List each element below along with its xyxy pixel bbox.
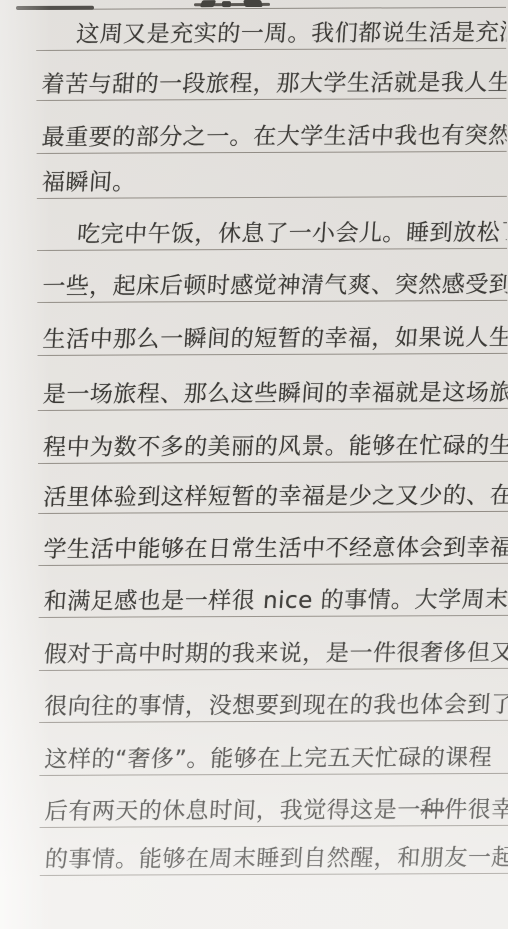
handwritten-text: 福瞬间。 <box>37 172 137 198</box>
handwritten-text: 后有两天的休息时间，我觉得这是一种件很幸福 <box>39 799 508 827</box>
handwritten-line: 这样的“奢侈”。能够在上完五天忙碌的课程 <box>39 721 508 776</box>
handwritten-text: 吃完中午饭，休息了一小会儿。睡到放松了 <box>37 222 507 250</box>
handwritten-text: 是一场旅程、那么这些瞬间的幸福就是这场旅 <box>38 382 508 410</box>
cut-off-ink-fragment <box>222 1 231 7</box>
handwritten-text: 生活中那么一瞬间的短暂的幸福，如果说人生 <box>37 327 507 355</box>
handwritten-line: 学生活中能够在日常生活中不经意体会到幸福感 <box>38 512 508 566</box>
handwritten-line: 生活中那么一瞬间的短暂的幸福，如果说人生 <box>37 301 507 356</box>
handwritten-line: 最重要的部分之一。在大学生活中我也有突然的幸 <box>36 99 506 154</box>
handwriting-lines-layer: 这周又是充实的一周。我们都说生活是充满着苦与甜的一段旅程，那大学生活就是我人生中… <box>0 0 508 929</box>
handwritten-line: 着苦与甜的一段旅程，那大学生活就是我人生中 <box>36 49 506 101</box>
handwritten-text: 和满足感也是一样很 nice 的事情。大学周末放 <box>38 589 508 617</box>
handwritten-text: 活里体验到这样短暂的幸福是少之又少的、在大 <box>38 485 508 513</box>
handwritten-line: 和满足感也是一样很 nice 的事情。大学周末放 <box>38 564 508 618</box>
cut-off-ink-fragment <box>200 0 217 7</box>
handwritten-text: 这周又是充实的一周。我们都说生活是充满 <box>36 22 506 50</box>
handwritten-line: 的事情。能够在周末睡到自然醒，和朋友一起 <box>40 826 508 876</box>
handwritten-line: 活里体验到这样短暂的幸福是少之又少的、在大 <box>38 462 508 514</box>
handwritten-text: 程中为数不多的美丽的风景。能够在忙碌的生 <box>38 435 508 463</box>
cut-off-ink-fragment <box>243 0 263 7</box>
handwritten-line: 假对于高中时期的我来说，是一件很奢侈但又 <box>39 616 508 671</box>
crossed-out-character: 种 <box>420 797 445 823</box>
handwritten-line: 后有两天的休息时间，我觉得这是一种件很幸福 <box>39 774 508 828</box>
notebook-page: 这周又是充实的一周。我们都说生活是充满着苦与甜的一段旅程，那大学生活就是我人生中… <box>0 0 508 929</box>
handwritten-line: 一些，起床后顿时感觉神清气爽、突然感受到了 <box>37 249 507 303</box>
handwritten-text: 最重要的部分之一。在大学生活中我也有突然的幸 <box>36 125 506 153</box>
handwritten-line: 是一场旅程、那么这些瞬间的幸福就是这场旅 <box>38 354 508 411</box>
handwritten-text: 一些，起床后顿时感觉神清气爽、突然感受到了 <box>37 274 507 302</box>
handwritten-text: 着苦与甜的一段旅程，那大学生活就是我人生中 <box>36 72 506 100</box>
handwritten-line: 程中为数不多的美丽的风景。能够在忙碌的生 <box>38 409 508 464</box>
handwritten-line: 很向往的事情，没想要到现在的我也体会到了 <box>39 669 508 723</box>
handwritten-line: 吃完中午饭，休息了一小会儿。睡到放松了 <box>37 197 507 251</box>
handwritten-text: 很向往的事情，没想要到现在的我也体会到了 <box>39 694 508 722</box>
handwritten-text: 的事情。能够在周末睡到自然醒，和朋友一起 <box>40 847 508 875</box>
handwritten-text: 假对于高中时期的我来说，是一件很奢侈但又 <box>39 642 508 670</box>
handwritten-line: 福瞬间。 <box>37 152 507 199</box>
handwritten-line: 这周又是充实的一周。我们都说生活是充满 <box>36 7 506 51</box>
handwritten-text: 这样的“奢侈”。能够在上完五天忙碌的课程 <box>39 747 493 775</box>
handwritten-text: 学生活中能够在日常生活中不经意体会到幸福感 <box>38 537 508 565</box>
